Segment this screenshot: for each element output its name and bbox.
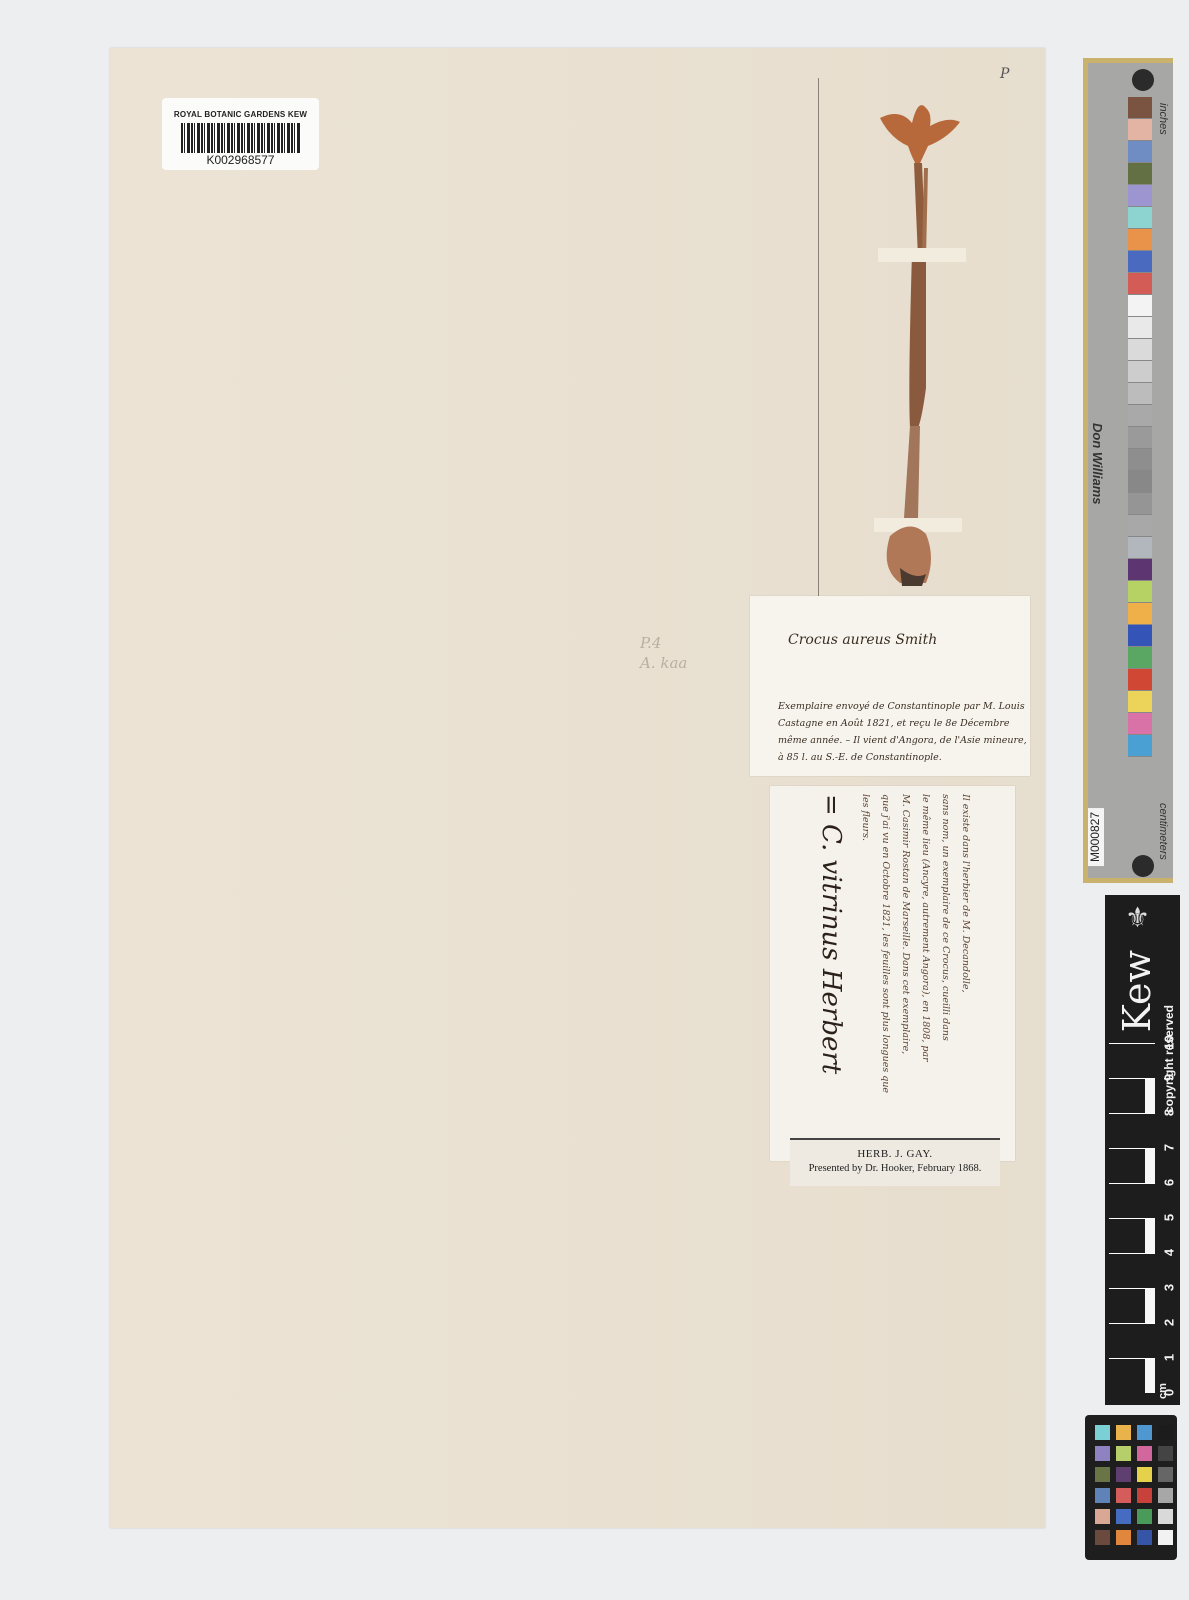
checker-cell: [1095, 1467, 1110, 1482]
color-swatch: [1128, 207, 1152, 229]
scale-segment: [1109, 1253, 1155, 1288]
annotation-line: que j'ai vu en Octobre 1821, les feuille…: [875, 794, 895, 1154]
determination-label: Crocus aureus Smith Exemplaire envoyé de…: [750, 596, 1030, 776]
color-bar-code: M000827: [1088, 808, 1104, 866]
scale-number: 1: [1162, 1348, 1177, 1368]
herbarium-label: HERB. J. GAY. Presented by Dr. Hooker, F…: [790, 1138, 1000, 1186]
checker-cell: [1137, 1467, 1152, 1482]
herbarium-title: HERB. J. GAY.: [790, 1148, 1000, 1160]
collection-note: Exemplaire envoyé de Constantinople par …: [778, 698, 1028, 766]
herbarium-sheet: ROYAL BOTANIC GARDENS KEW K002968577 P P…: [110, 48, 1045, 1528]
pencil-annotation: P.4 A. kaa: [640, 633, 687, 673]
checker-cell: [1116, 1425, 1131, 1440]
cm-label: cm: [1157, 1383, 1169, 1399]
pencil-annotation-line: A. kaa: [640, 653, 687, 673]
pencil-annotation-line: P.4: [640, 633, 687, 653]
hole-icon: [1132, 855, 1154, 877]
color-swatch: [1128, 427, 1152, 449]
cm-scale: 109876543210: [1109, 1043, 1155, 1397]
scale-number: 10: [1162, 1033, 1177, 1053]
pencil-line: [818, 78, 819, 640]
copyright-text: copyright reserved: [1162, 1005, 1176, 1113]
centimeters-label: centimeters: [1157, 803, 1169, 860]
color-swatch: [1128, 383, 1152, 405]
color-swatch: [1128, 251, 1152, 273]
checker-cell: [1137, 1509, 1152, 1524]
color-swatch: [1128, 449, 1152, 471]
color-swatch: [1128, 691, 1152, 713]
scale-number: 9: [1162, 1068, 1177, 1088]
color-swatch: [1128, 581, 1152, 603]
hole-icon: [1132, 69, 1154, 91]
annotation-line: sans nom, un exemplaire de ce Crocus, cu…: [935, 794, 955, 1154]
color-swatch: [1128, 493, 1152, 515]
scale-number: 3: [1162, 1278, 1177, 1298]
scale-segment: [1109, 1113, 1155, 1148]
scale-number: 8: [1162, 1103, 1177, 1123]
checker-cell: [1116, 1488, 1131, 1503]
color-swatch: [1128, 339, 1152, 361]
checker-cell: [1116, 1509, 1131, 1524]
barcode-icon: [181, 123, 301, 153]
color-swatch: [1128, 647, 1152, 669]
scale-segment: [1109, 1148, 1155, 1183]
scale-segment: [1109, 1288, 1155, 1323]
checker-cell: [1095, 1488, 1110, 1503]
annotation-line: le même lieu (Ancyre, autrement Angora),…: [915, 794, 935, 1154]
checker-cell: [1137, 1425, 1152, 1440]
kew-logo: Kew: [1115, 950, 1159, 1032]
checker-cell: [1158, 1509, 1173, 1524]
color-swatch: [1128, 669, 1152, 691]
color-swatch: [1128, 141, 1152, 163]
scale-number: 2: [1162, 1313, 1177, 1333]
color-swatch: [1128, 185, 1152, 207]
annotation-label: Il existe dans l'herbier de M. Decandoll…: [770, 786, 1015, 1161]
corner-mark: P: [1000, 66, 1009, 82]
swatch-column: [1128, 97, 1152, 757]
checker-cell: [1137, 1488, 1152, 1503]
scale-segment: [1109, 1323, 1155, 1358]
color-swatch: [1128, 295, 1152, 317]
taxon-name: Crocus aureus Smith: [788, 632, 937, 648]
color-swatch: [1128, 163, 1152, 185]
scale-segment: [1109, 1358, 1155, 1393]
checker-cell: [1095, 1509, 1110, 1524]
checker-cell: [1095, 1425, 1110, 1440]
scale-number: 6: [1162, 1173, 1177, 1193]
checker-cell: [1158, 1425, 1173, 1440]
color-swatch: [1128, 317, 1152, 339]
crocus-specimen: [860, 88, 970, 588]
scale-segment: [1109, 1218, 1155, 1253]
herbarium-subtitle: Presented by Dr. Hooker, February 1868.: [790, 1163, 1000, 1174]
scale-segment: [1109, 1183, 1155, 1218]
barcode-number: K002968577: [162, 153, 319, 167]
checker-cell: [1158, 1530, 1173, 1545]
checker-cell: [1116, 1446, 1131, 1461]
color-swatch: [1128, 361, 1152, 383]
institution-name: ROYAL BOTANIC GARDENS KEW: [162, 110, 319, 119]
annotation-line: les fleurs.: [855, 794, 875, 1154]
annotation-line: M. Casimir Rostan de Marseille. Dans cet…: [895, 794, 915, 1154]
color-swatch: [1128, 229, 1152, 251]
color-swatch: [1128, 625, 1152, 647]
scale-number: 5: [1162, 1208, 1177, 1228]
color-swatch: [1128, 537, 1152, 559]
checker-cell: [1158, 1446, 1173, 1461]
color-checker-card: [1085, 1415, 1177, 1560]
checker-cell: [1137, 1530, 1152, 1545]
color-swatch: [1128, 603, 1152, 625]
crest-icon: ⚜: [1125, 901, 1150, 934]
color-calibration-bar: inches Don Williams M000827 centimeters: [1083, 58, 1173, 883]
color-bar-brand: Don Williams: [1090, 423, 1105, 505]
scale-number: 7: [1162, 1138, 1177, 1158]
color-swatch: [1128, 97, 1152, 119]
checker-cell: [1158, 1488, 1173, 1503]
checker-cell: [1095, 1530, 1110, 1545]
color-swatch: [1128, 735, 1152, 757]
annotation-line: Il existe dans l'herbier de M. Decandoll…: [955, 794, 975, 1154]
kew-scale-ruler: ⚜ Kew copyright reserved 109876543210 cm: [1105, 895, 1180, 1405]
checker-cell: [1116, 1530, 1131, 1545]
checker-cell: [1137, 1446, 1152, 1461]
scale-number: 4: [1162, 1243, 1177, 1263]
inches-label: inches: [1157, 103, 1169, 135]
color-swatch: [1128, 273, 1152, 295]
annotation-determination: = C. vitrinus Herbert: [811, 794, 851, 1154]
checker-cell: [1158, 1467, 1173, 1482]
scale-segment: [1109, 1078, 1155, 1113]
color-swatch: [1128, 559, 1152, 581]
color-swatch: [1128, 713, 1152, 735]
color-swatch: [1128, 515, 1152, 537]
color-swatch: [1128, 405, 1152, 427]
checker-cell: [1116, 1467, 1131, 1482]
color-swatch: [1128, 119, 1152, 141]
color-checker-grid: [1095, 1425, 1173, 1545]
checker-cell: [1095, 1446, 1110, 1461]
color-swatch: [1128, 471, 1152, 493]
barcode-label: ROYAL BOTANIC GARDENS KEW K002968577: [162, 98, 319, 170]
scale-segment: [1109, 1043, 1155, 1078]
